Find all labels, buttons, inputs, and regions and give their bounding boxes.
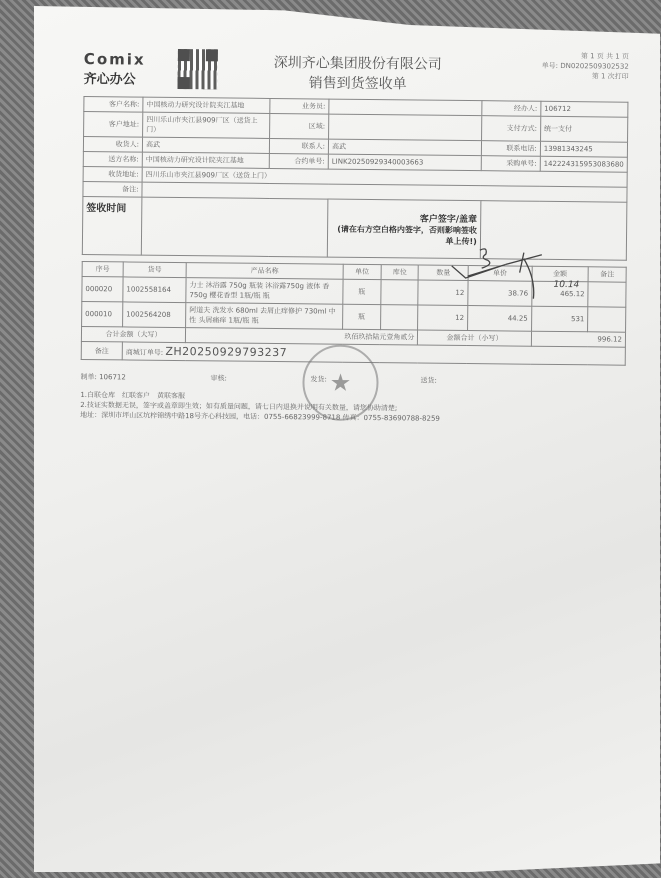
- company-name: 深圳齐心集团股份有限公司: [274, 52, 442, 74]
- purchase-value: 142224315953083680: [540, 156, 627, 172]
- item-name: 力士 沐浴露 750g 瓶装 沐浴露750g 液体 香750g 樱花香型 1瓶/…: [186, 278, 343, 305]
- item-price: 44.25: [467, 306, 531, 332]
- total-lower-value: 996.12: [531, 331, 626, 347]
- col-note: 备注: [588, 267, 626, 282]
- phone-value: 13981343245: [540, 141, 627, 157]
- doc-no-value: DN0202509302532: [560, 62, 629, 71]
- receiver-label: 收货人:: [83, 137, 142, 153]
- purchase-label: 采购单号:: [481, 156, 540, 172]
- sign-date: 10.14: [553, 280, 579, 290]
- document-meta: 第 1 页 共 1 页 单号: DN0202509302532 第 1 次打印: [542, 51, 629, 82]
- logo-chinese: 齐心办公: [84, 68, 146, 88]
- item-unit: 瓶: [343, 304, 381, 329]
- item-seq: 000010: [82, 301, 123, 326]
- mall-order-label: 商城订单号:: [126, 348, 163, 356]
- customer-name-label: 客户名称:: [84, 97, 143, 113]
- receiver-value: 高武: [142, 137, 269, 153]
- total-upper-label: 合计金额（大写）: [81, 326, 185, 342]
- item-qty: 12: [418, 305, 468, 331]
- payment-label: 支付方式:: [481, 116, 540, 142]
- reviewer-label: 审核:: [210, 373, 310, 384]
- doc-no-label: 单号:: [542, 62, 558, 70]
- maker: 制单: 106712: [80, 372, 210, 383]
- item-seq: 000020: [82, 276, 123, 301]
- item-sku: 1002558164: [123, 277, 186, 303]
- col-location: 库位: [381, 265, 419, 280]
- maker-label: 制单:: [80, 372, 96, 382]
- contract-label: 合约单号:: [269, 153, 328, 169]
- receipt-header: Comix 齐心办公 深圳齐心集团股份有限公司 销售到货签收单 第 1 页 共 …: [83, 46, 628, 102]
- maker-value: 106712: [99, 373, 126, 381]
- col-sku: 货号: [123, 262, 186, 278]
- total-lower-label: 金额合计（小写）: [418, 330, 531, 346]
- col-unit: 单位: [343, 264, 381, 279]
- contact-label: 联系人:: [269, 138, 328, 154]
- sender-label: 送货:: [420, 376, 436, 386]
- sign-time-value: [141, 197, 328, 257]
- col-seq: 序号: [82, 261, 123, 276]
- col-name: 产品名称: [186, 263, 343, 280]
- contract-value: LINK20250929340003663: [328, 154, 481, 171]
- handwritten-signature: 10.14: [441, 240, 582, 301]
- receipt-content: Comix 齐心办公 深圳齐心集团股份有限公司 销售到货签收单 第 1 页 共 …: [80, 46, 629, 426]
- company-stamp: ★: [302, 344, 379, 421]
- document-title: 销售到货签收单: [274, 72, 442, 94]
- qr-code-icon: [178, 49, 218, 89]
- delivery-address-label: 收货地址:: [83, 166, 142, 182]
- region-label: 区域:: [270, 113, 329, 139]
- salesperson-label: 业务员:: [270, 98, 329, 114]
- customer-name-value: 中国核动力研究设计院夹江基地: [143, 97, 270, 113]
- phone-label: 联系电话:: [481, 141, 540, 157]
- contact-value: 高武: [328, 139, 481, 156]
- item-unit: 瓶: [343, 279, 381, 304]
- item-location: [380, 305, 418, 330]
- remark-label: 备注: [81, 341, 122, 359]
- mall-order-cell: 商城订单号: ZH20250929793237: [122, 342, 625, 365]
- customer-info-table: 客户名称: 中国核动力研究设计院夹江基地 业务员: 经办人: 106712 客户…: [82, 96, 629, 261]
- sign-time-label: 签收时间: [82, 196, 142, 255]
- item-location: [381, 280, 419, 305]
- handler-value: 106712: [541, 101, 628, 117]
- item-note: [588, 307, 626, 332]
- receipt-footer: ★ 制单: 106712 审核: 发货: 送货: 1.白联仓库 红联客户 黄联客…: [80, 372, 625, 426]
- handler-label: 经办人:: [482, 101, 541, 117]
- remark-label: 备注:: [83, 181, 142, 197]
- document-number: 单号: DN0202509302532: [542, 61, 629, 72]
- mall-order-number: ZH20250929793237: [165, 345, 287, 359]
- item-sku: 1002564208: [123, 302, 186, 328]
- item-note: [588, 282, 626, 307]
- star-icon: ★: [330, 369, 352, 397]
- customer-address-label: 客户地址:: [84, 112, 143, 138]
- region-value: [329, 114, 482, 141]
- salesperson-value: [329, 99, 482, 116]
- ship-to-label: 送方名称:: [83, 151, 142, 167]
- title-block: 深圳齐心集团股份有限公司 销售到货签收单: [274, 52, 442, 94]
- payment-value: 统一支付: [540, 116, 627, 142]
- company-logo: Comix 齐心办公: [84, 50, 146, 88]
- print-count: 第 1 次打印: [542, 71, 629, 82]
- customer-address-value: 四川乐山市夹江县909厂区（送货上门）: [143, 112, 270, 138]
- item-name: 阿道夫 洗发水 680ml 去屑止痒修护 730ml 中性 头屑痛痒 1瓶/瓶 …: [186, 303, 343, 330]
- logo-english: Comix: [84, 50, 146, 69]
- item-amount: 531: [531, 306, 588, 332]
- receipt-paper: Comix 齐心办公 深圳齐心集团股份有限公司 销售到货签收单 第 1 页 共 …: [34, 6, 660, 872]
- ship-to-value: 中国核动力研究设计院夹江基地: [142, 152, 269, 168]
